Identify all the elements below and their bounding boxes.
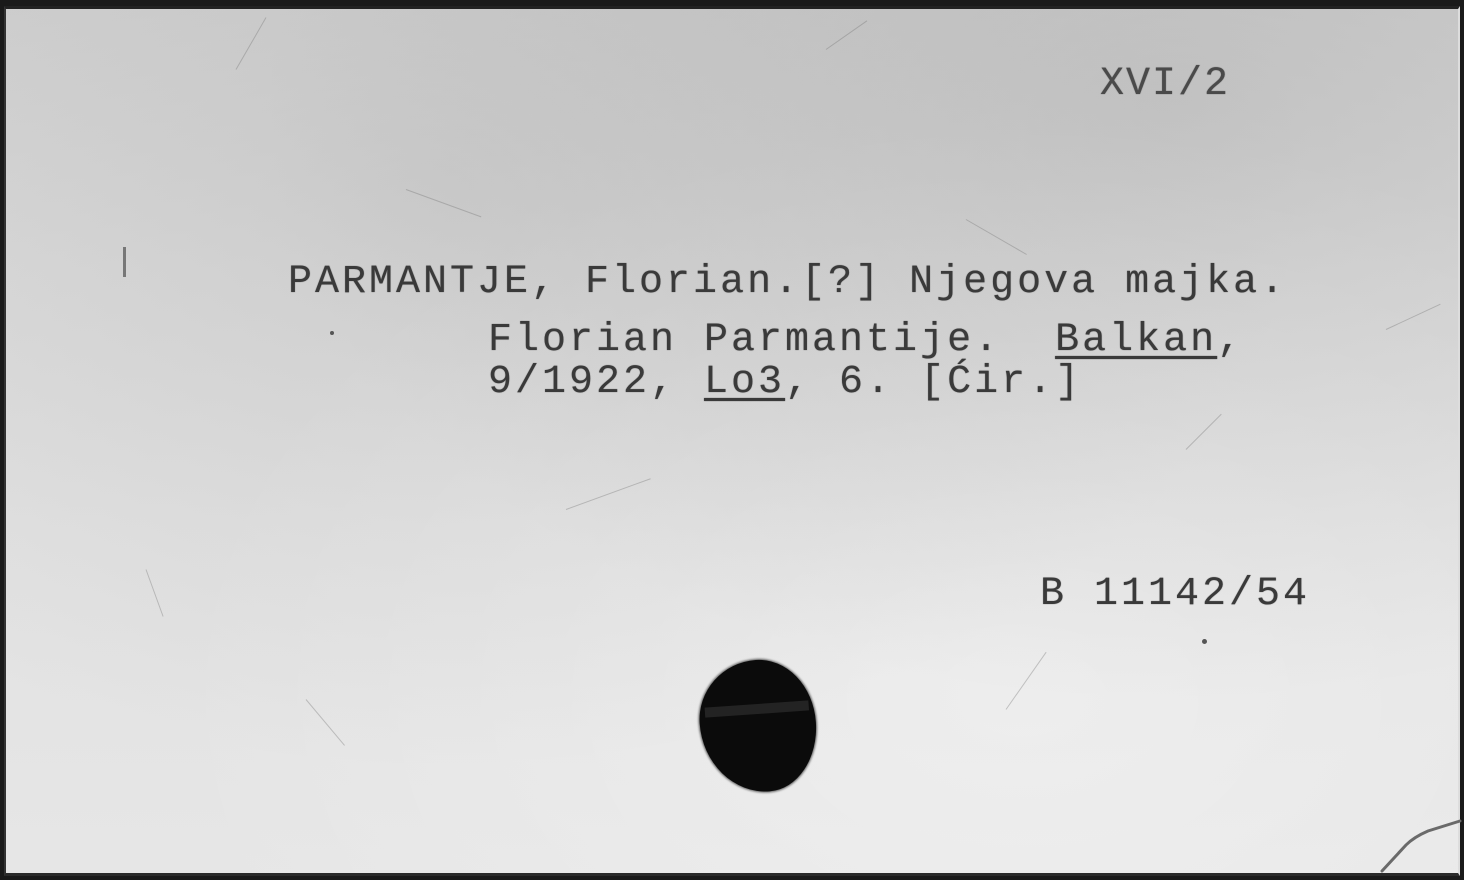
punctuation: , [1217, 318, 1244, 363]
punch-hole [696, 656, 821, 796]
paper-fiber [306, 699, 345, 746]
entry-heading: PARMANTJE, Florian.[?] Njegova majka. [288, 263, 1287, 303]
paper-fiber [826, 20, 868, 49]
stray-mark [123, 247, 126, 277]
paper-fiber [966, 219, 1027, 255]
issue-date: 9/1922, [488, 360, 704, 405]
issue-number: Lo3 [704, 360, 785, 405]
entry-source-line: Florian Parmantije. Balkan, [488, 321, 1244, 361]
catalog-card: XVI/2 PARMANTJE, Florian.[?] Njegova maj… [4, 6, 1460, 876]
paper-fiber [1186, 414, 1222, 450]
issue-page-script: , 6. [Ćir.] [785, 360, 1082, 405]
ink-dot [1202, 639, 1207, 644]
ink-dot [330, 331, 334, 335]
call-number: XVI/2 [1100, 65, 1230, 105]
paper-fiber [566, 478, 651, 510]
entry-author-text: Florian Parmantije. [488, 318, 1055, 363]
check-mark-icon [1376, 799, 1464, 879]
paper-fiber [236, 17, 267, 69]
paper-fiber [146, 569, 164, 616]
accession-number: B 11142/54 [1040, 575, 1310, 615]
entry-issue-line: 9/1922, Lo3, 6. [Ćir.] [488, 363, 1082, 403]
publication-title: Balkan [1055, 318, 1217, 363]
paper-fiber [1006, 652, 1047, 710]
paper-fiber [406, 189, 482, 217]
paper-fiber [1386, 304, 1441, 330]
